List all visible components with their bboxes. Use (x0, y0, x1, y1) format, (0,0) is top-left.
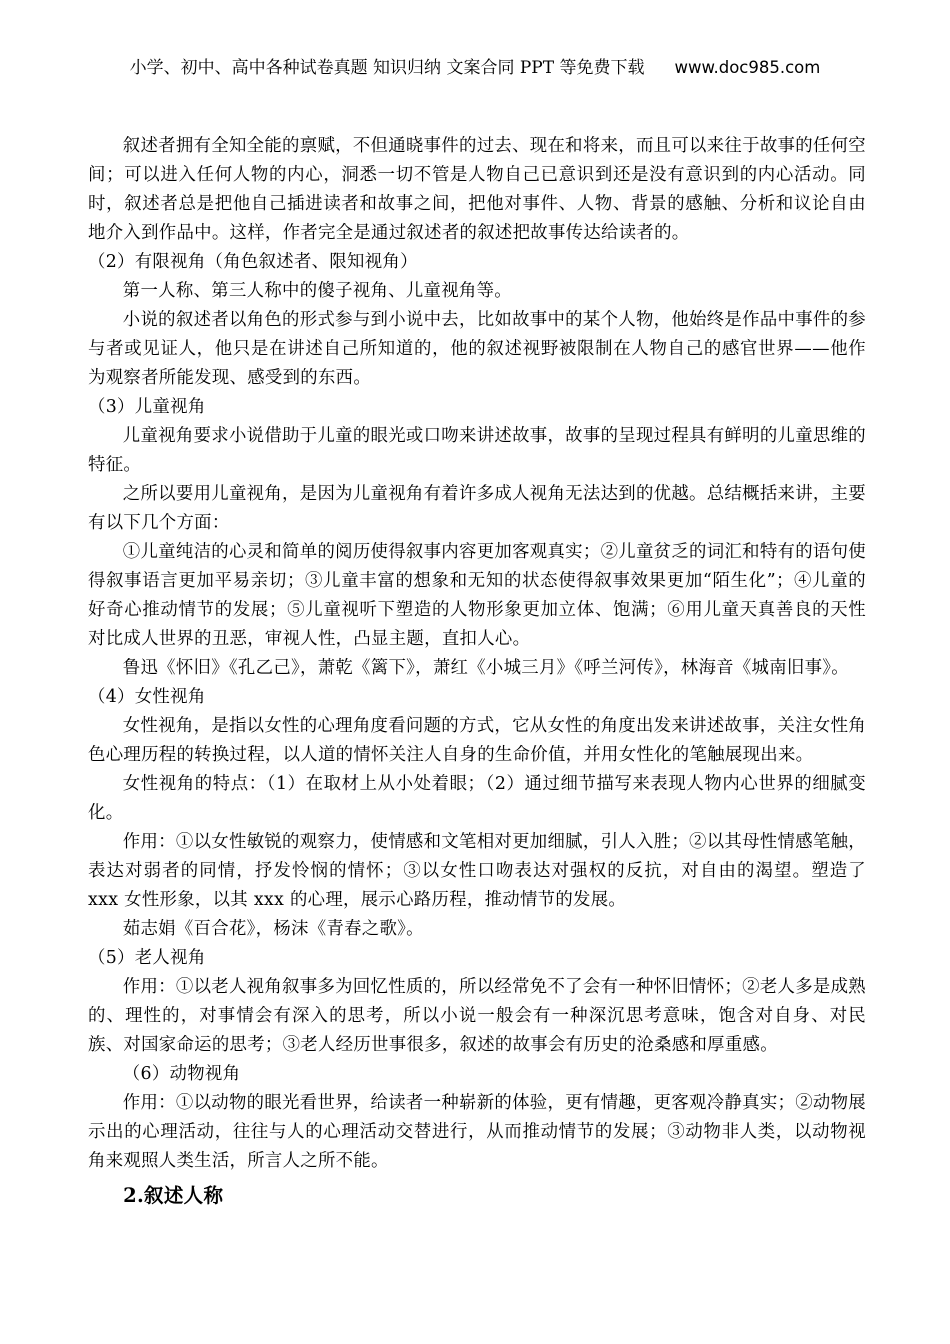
paragraph: 作用：①以女性敏锐的观察力，使情感和文笔相对更加细腻，引人入胜；②以其母性情感笔… (88, 828, 866, 915)
paragraph: 叙述者拥有全知全能的禀赋，不但通晓事件的过去、现在和将来，而且可以来往于故事的任… (88, 132, 866, 248)
header-slogan: 小学、初中、高中各种试卷真题 知识归纳 文案合同 PPT 等免费下载 (130, 58, 645, 78)
subsection-label: （5）老人视角 (88, 944, 866, 973)
subsection-label: （3）儿童视角 (88, 393, 866, 422)
paragraph: 作用：①以老人视角叙事多为回忆性质的，所以经常免不了会有一种怀旧情怀；②老人多是… (88, 973, 866, 1060)
paragraph: 茹志娟《百合花》，杨沫《青春之歌》。 (88, 915, 866, 944)
page-header: 小学、初中、高中各种试卷真题 知识归纳 文案合同 PPT 等免费下载www.do… (0, 56, 950, 80)
document-page: { "page": { "header": { "text": "小学、初中、高… (0, 0, 950, 1344)
paragraph: 小说的叙述者以角色的形式参与到小说中去，比如故事中的某个人物，他始终是作品中事件… (88, 306, 866, 393)
paragraph: 女性视角，是指以女性的心理角度看问题的方式，它从女性的角度出发来讲述故事，关注女… (88, 712, 866, 770)
paragraph: 之所以要用儿童视角，是因为儿童视角有着许多成人视角无法达到的优越。总结概括来讲，… (88, 480, 866, 538)
subsection-label: （4）女性视角 (88, 683, 866, 712)
paragraph: ①儿童纯洁的心灵和简单的阅历使得叙事内容更加客观真实；②儿童贫乏的词汇和特有的语… (88, 538, 866, 654)
paragraph: （6）动物视角 (88, 1060, 866, 1089)
document-body: 叙述者拥有全知全能的禀赋，不但通晓事件的过去、现在和将来，而且可以来往于故事的任… (88, 132, 866, 1211)
subsection-label: （2）有限视角（角色叙述者、限知视角） (88, 248, 866, 277)
header-site-url: www.doc985.com (675, 58, 821, 77)
paragraph: 女性视角的特点：（1）在取材上从小处着眼；（2）通过细节描写来表现人物内心世界的… (88, 770, 866, 828)
paragraph: 鲁迅《怀旧》《孔乙己》，萧乾《篱下》，萧红《小城三月》《呼兰河传》，林海音《城南… (88, 654, 866, 683)
paragraph: 作用：①以动物的眼光看世界，给读者一种崭新的体验，更有情趣，更客观冷静真实；②动… (88, 1089, 866, 1176)
paragraph: 儿童视角要求小说借助于儿童的眼光或口吻来讲述故事，故事的呈现过程具有鲜明的儿童思… (88, 422, 866, 480)
paragraph: 第一人称、第三人称中的傻子视角、儿童视角等。 (88, 277, 866, 306)
bold-section-heading: 2.叙述人称 (88, 1181, 866, 1211)
